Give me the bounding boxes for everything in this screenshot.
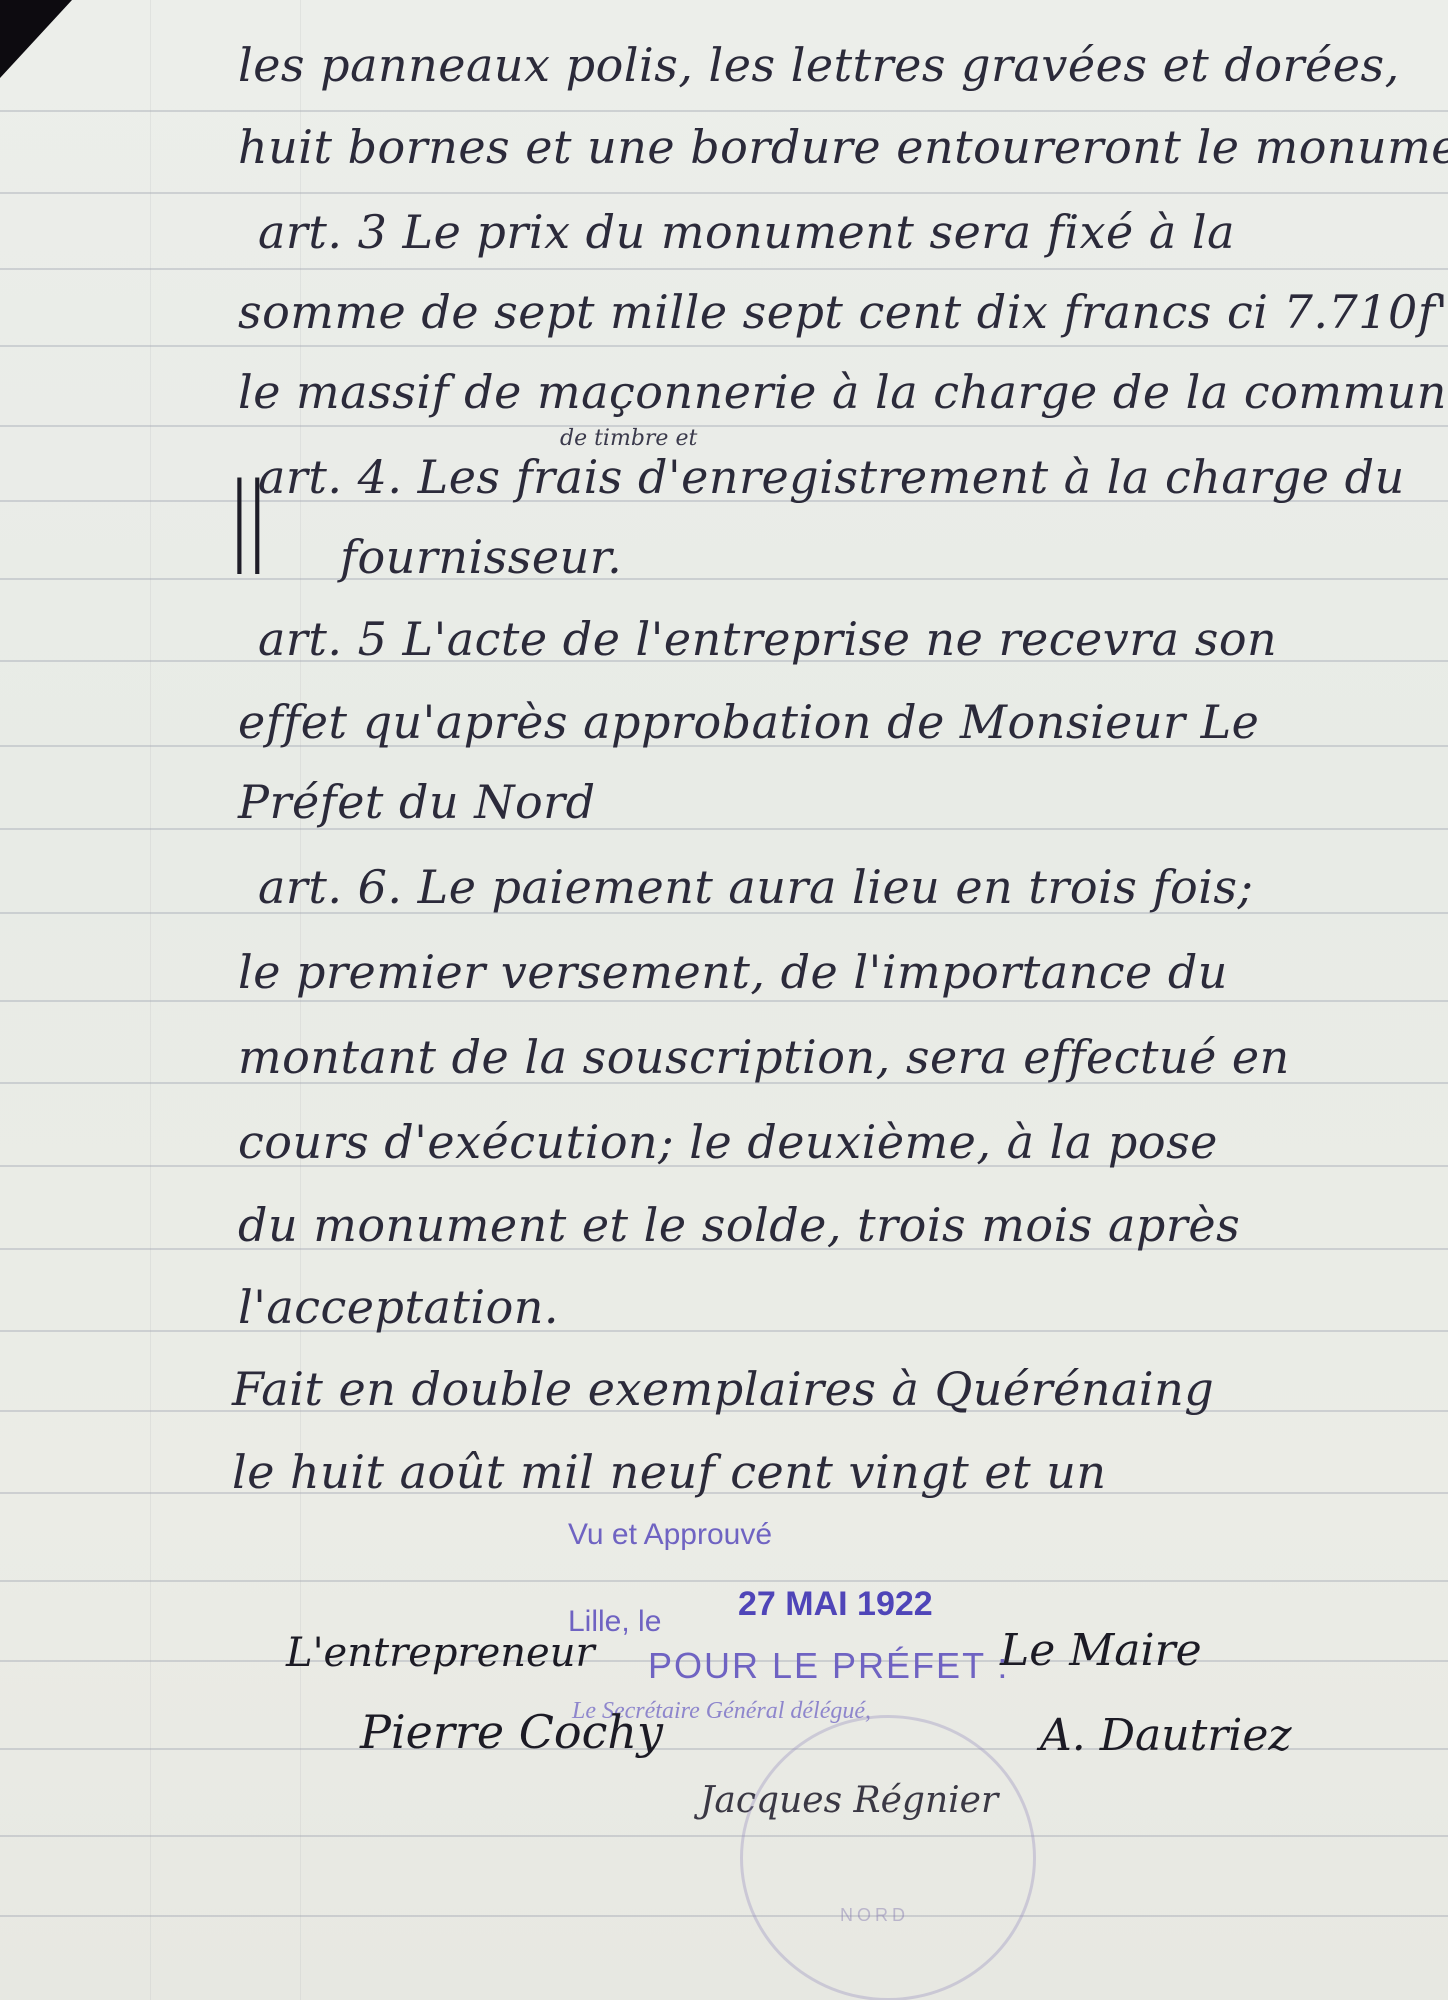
ruled-line	[0, 1330, 1448, 1332]
text-line: du monument et le solde, trois mois aprè…	[238, 1198, 1240, 1252]
ruled-line	[0, 268, 1448, 270]
date-line: le huit août mil neuf cent vingt et un	[232, 1445, 1106, 1499]
text-line: le massif de maçonnerie à la charge de l…	[238, 365, 1448, 419]
article-5-line: art. 5 L'acte de l'entreprise ne recevra…	[258, 612, 1277, 666]
stamp-for-prefect: POUR LE PRÉFET :	[648, 1645, 1009, 1687]
text-line: montant de la souscription, sera effectu…	[238, 1030, 1290, 1084]
text-line: somme de sept mille sept cent dix francs…	[238, 285, 1448, 339]
ruled-line	[0, 1835, 1448, 1837]
text-line: les panneaux polis, les lettres gravées …	[238, 38, 1400, 92]
ruled-line	[0, 1915, 1448, 1917]
contractor-label: L'entrepreneur	[286, 1630, 595, 1676]
seal-text: NORD	[840, 1905, 909, 1926]
text-line: cours d'exécution; le deuxième, à la pos…	[238, 1115, 1218, 1169]
article-6-line: art. 6. Le paiement aura lieu en trois f…	[258, 860, 1254, 914]
margin-rule	[150, 0, 151, 2000]
document-page: les panneaux polis, les lettres gravées …	[0, 0, 1448, 2000]
ruled-line	[0, 192, 1448, 194]
contractor-signature: Pierre Cochy	[360, 1705, 663, 1759]
text-line: effet qu'après approbation de Monsieur L…	[238, 695, 1259, 749]
ruled-line	[0, 110, 1448, 112]
text-line: le premier versement, de l'importance du	[238, 945, 1228, 999]
ruled-line	[0, 828, 1448, 830]
ruled-line	[0, 425, 1448, 427]
text-line: fournisseur.	[340, 530, 622, 584]
ruled-line	[0, 1580, 1448, 1582]
article-4-line: art. 4. Les frais d'enregistrement à la …	[258, 450, 1405, 504]
stamp-approved: Vu et Approuvé	[568, 1518, 772, 1552]
ruled-line	[0, 1000, 1448, 1002]
torn-corner	[0, 0, 72, 78]
mayor-signature: A. Dautriez	[1040, 1710, 1292, 1761]
closing-line: Fait en double exemplaires à Quérénaing	[232, 1362, 1214, 1416]
ruled-line	[0, 345, 1448, 347]
mayor-label: Le Maire	[1000, 1625, 1202, 1676]
official-seal	[740, 1715, 1036, 2000]
article-3-line: art. 3 Le prix du monument sera fixé à l…	[258, 205, 1235, 259]
text-line: Préfet du Nord	[238, 775, 596, 829]
stamp-date: 27 MAI 1922	[738, 1585, 933, 1624]
ruled-line	[0, 578, 1448, 580]
interlinear-insertion: de timbre et	[560, 426, 697, 451]
text-line: huit bornes et une bordure entoureront l…	[238, 120, 1448, 174]
text-line: l'acceptation.	[238, 1280, 559, 1334]
